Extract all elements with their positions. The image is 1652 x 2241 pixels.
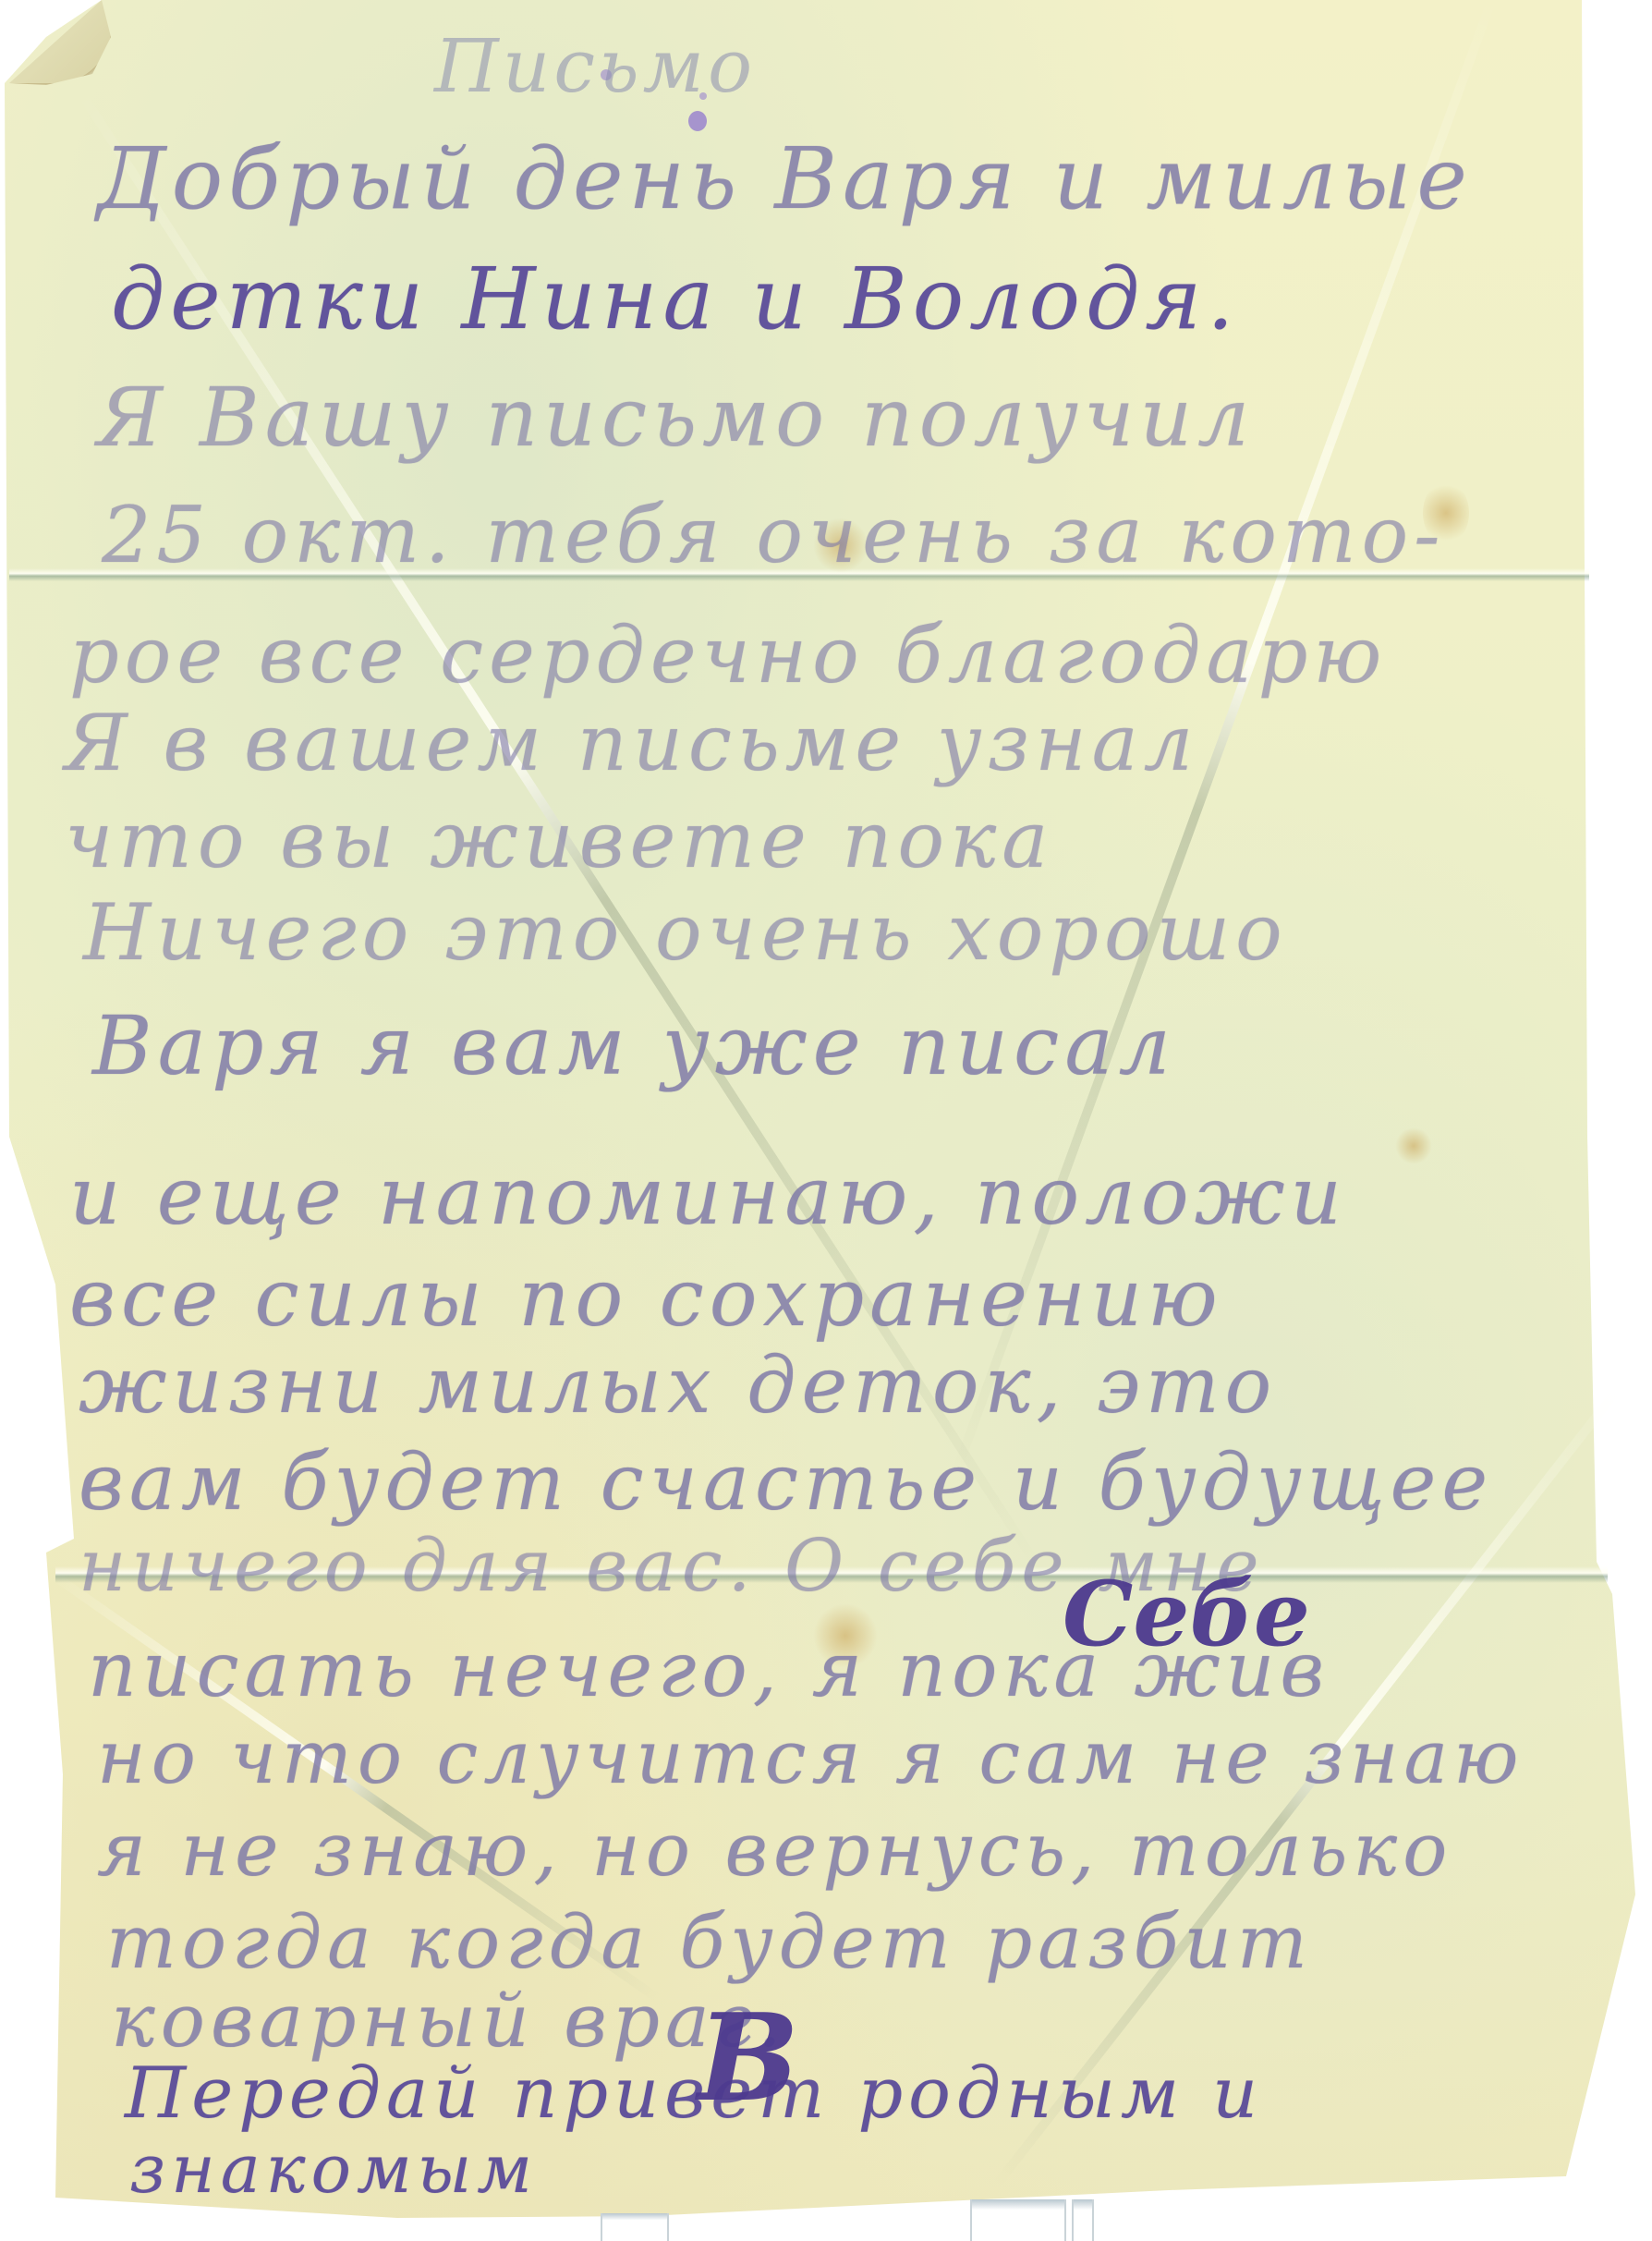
letter-line: и еще напоминаю, положи [69, 1151, 1347, 1243]
letter-line: Добрый день Варя и милые [97, 129, 1473, 228]
letter-line: детки Нина и Володя. [111, 250, 1240, 348]
letter-line: я не знаю, но вернусь, только [97, 1807, 1452, 1893]
letter-line: что вы живете пока [65, 795, 1053, 885]
overwritten-letter-v: В [698, 1987, 799, 2128]
letter-line: 25 окт. тебя очень за кото- [102, 490, 1446, 580]
letter-line: все силы по сохранению [69, 1252, 1223, 1345]
overwritten-word-sebe: Себе [1063, 1562, 1310, 1666]
letter-line: тогда когда будет разбит [106, 1899, 1313, 1985]
letter-line: Передай привет родным и [125, 2052, 1263, 2134]
scanner-prop [1072, 2199, 1094, 2241]
scanner-prop [601, 2213, 669, 2241]
letter-line: Я в вашем письме узнал [65, 698, 1198, 788]
letter-scan: Письмо Добрый день Варя и милые детки Ни… [0, 0, 1652, 2241]
letter-line: жизни милых деток, это [79, 1340, 1277, 1431]
letter-line: но что случится я сам не знаю [97, 1714, 1524, 1800]
letter-line: знакомым [129, 2130, 538, 2208]
letter-body: Письмо Добрый день Варя и милые детки Ни… [0, 0, 1652, 2241]
letter-line: Я Вашу письмо получил [97, 370, 1255, 465]
scanner-prop [970, 2199, 1066, 2241]
letter-line: вам будет счастье и будущее [79, 1437, 1493, 1528]
letter-line: рое все сердечно благодарю [69, 610, 1387, 700]
letter-line: Ничего это очень хорошо [83, 887, 1288, 978]
letter-line: Варя я вам уже писал [92, 998, 1176, 1093]
letter-heading: Письмо [434, 23, 756, 109]
